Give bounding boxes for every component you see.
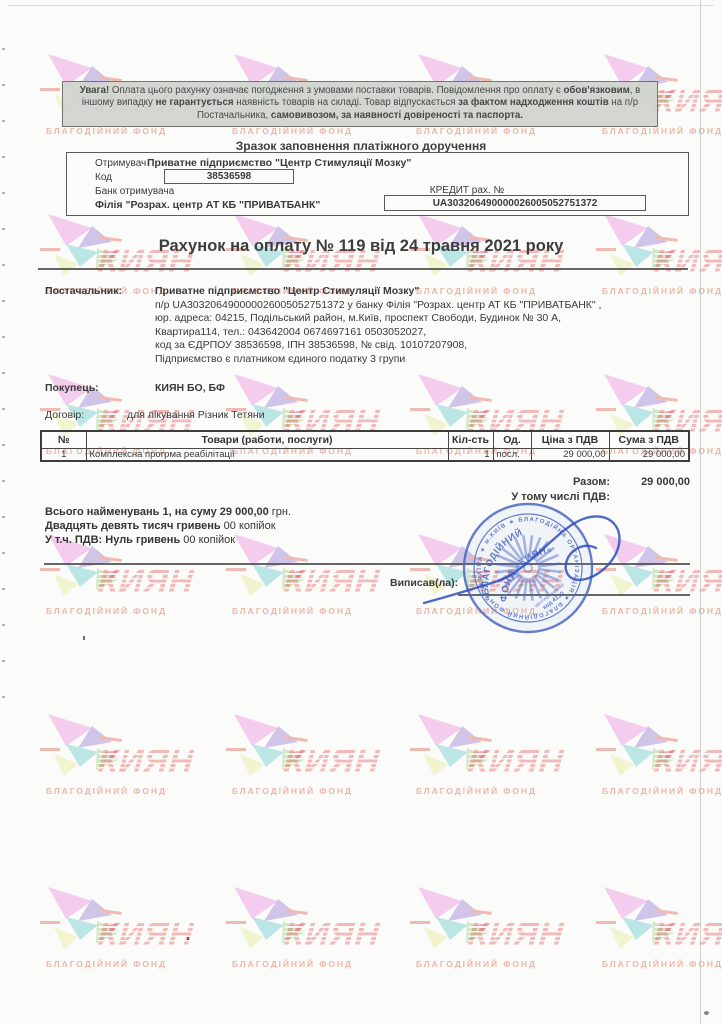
recipient-bank-label: Банк отримувача: [95, 186, 174, 197]
contract-value: для лікування Різник Тетяни: [127, 409, 265, 421]
contract-label: Договір:: [45, 409, 84, 421]
supplier-details: п/р UA303206490000026005052751372 у банк…: [155, 299, 601, 366]
supplier-detail-line: Квартира114, тел.: 043642004 0674697161 …: [155, 326, 601, 339]
summary-total-items: Всього найменувань 1, на суму 29 000,00 …: [45, 506, 291, 518]
col-header-unit: Од.: [493, 431, 531, 448]
warning-text-run: обов'язковим: [564, 85, 630, 96]
supplier-detail-line: код за ЄДРПОУ 38536598, ІПН 38536598, № …: [155, 339, 601, 352]
summary-total-items-rest: грн.: [269, 506, 291, 518]
supplier-name: Приватне підприємство "Центр Стимуляції …: [155, 285, 419, 297]
warning-text-run: Оплата цього рахунку означає погодження …: [112, 85, 564, 96]
item-sum: 29 000,00: [609, 448, 689, 461]
recipient-value: Приватне підприємство "Центр Стимуляції …: [147, 157, 411, 169]
warning-text-run: не гарантується: [156, 97, 234, 108]
item-description: Комплексна прогрма реабілітації: [86, 448, 448, 461]
col-header-sum: Сума з ПДВ: [609, 431, 689, 448]
buyer-label: Покупець:: [45, 382, 99, 394]
payment-warning-box: Увага! Оплата цього рахунку означає пого…: [62, 81, 658, 127]
col-header-goods: Товари (работи, послуги): [86, 431, 448, 448]
iban-box: UA303206490000026005052751372: [384, 195, 646, 211]
buyer-value: КИЯН БО, БФ: [155, 382, 225, 394]
summary-amount-words-bold: Двадцять девять тисяч гривень: [45, 520, 221, 532]
supplier-label: Постачальник:: [45, 285, 122, 297]
handwritten-signature: [418, 500, 648, 615]
warning-text-run: Увага!: [80, 85, 112, 96]
supplier-detail-line: юр. адреса: 04215, Подільський район, м.…: [155, 312, 601, 325]
recipient-bank-value: Філія "Розрах. центр АТ КБ "ПРИВАТБАНК": [95, 199, 320, 211]
supplier-detail-line: Підприємство є платником єдиного податку…: [155, 353, 601, 366]
summary-amount-words: Двадцять девять тисяч гривень 00 копійок: [45, 520, 276, 532]
item-number: 1: [41, 448, 86, 461]
warning-text-run: наявність товарів на складі. Товар відпу…: [234, 97, 459, 108]
item-row: 1 Комплексна прогрма реабілітації 1 посл…: [41, 448, 689, 461]
title-rule: [38, 268, 688, 270]
summary-vat-words-rest: 00 копійок: [180, 534, 235, 546]
code-box: 38536598: [164, 169, 294, 184]
bank-details-box: Отримувач Приватне підприємство "Центр С…: [66, 152, 689, 216]
scanned-invoice-page: КИЯН БЛАГОДІЙНИЙ ФОНД КИЯН БЛАГОДІЙНИЙ Ф…: [0, 0, 722, 1024]
total-value: 29 000,00: [560, 476, 690, 488]
item-price: 29 000,00: [531, 448, 609, 461]
items-table-header-row: № Товари (работи, послуги) Кіл-сть Од. Ц…: [41, 431, 689, 448]
invoice-title: Рахунок на оплату № 119 від 24 травня 20…: [0, 237, 722, 256]
items-table: № Товари (работи, послуги) Кіл-сть Од. Ц…: [40, 430, 690, 462]
warning-text-run: за фактом надходження коштів: [458, 97, 609, 108]
col-header-number: №: [41, 431, 86, 448]
code-label: Код: [95, 172, 112, 183]
summary-amount-words-rest: 00 копійок: [221, 520, 276, 532]
supplier-detail-line: п/р UA303206490000026005052751372 у банк…: [155, 299, 601, 312]
summary-vat-words-bold: У т.ч. ПДВ: Нуль гривень: [45, 534, 180, 546]
warning-text-run: самовивозом, за наявності довіреності та…: [271, 110, 523, 121]
item-unit: посл.: [493, 448, 531, 461]
payment-order-sample-title: Зразок заповнення платіжного доручення: [0, 139, 722, 153]
col-header-qty: Кіл-сть: [448, 431, 493, 448]
item-qty: 1: [448, 448, 493, 461]
summary-total-items-bold: Всього найменувань 1, на суму 29 000,00: [45, 506, 269, 518]
recipient-label: Отримувач: [95, 158, 146, 169]
col-header-price: Ціна з ПДВ: [531, 431, 609, 448]
summary-vat-words: У т.ч. ПДВ: Нуль гривень 00 копійок: [45, 534, 235, 546]
